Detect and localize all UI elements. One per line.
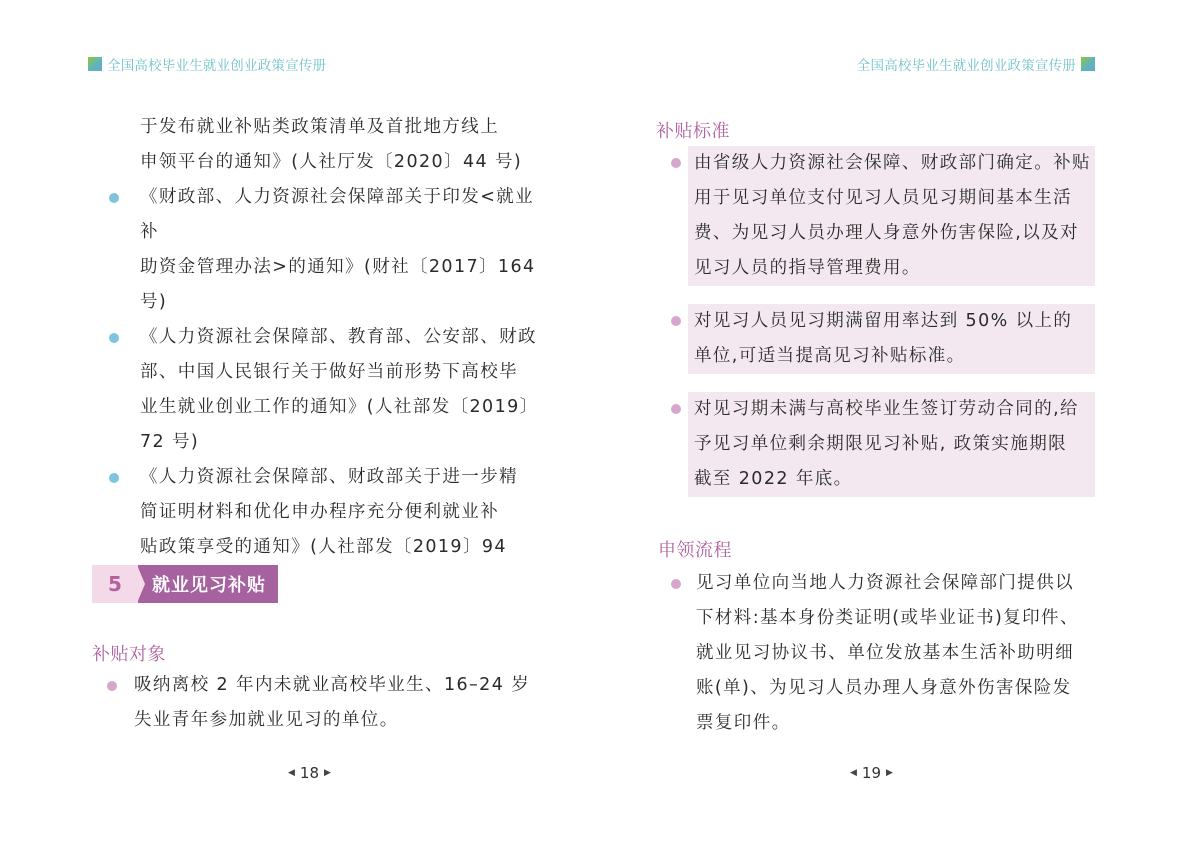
prev-arrow-icon[interactable]: ◀	[850, 768, 857, 778]
standard-item: 对见习人员见习期满留用率达到 50% 以上的 单位,可适当提高见习补贴标准。	[688, 304, 1095, 374]
target-line: 失业青年参加就业见习的单位。	[134, 703, 544, 738]
subheading-standard: 补贴标准	[656, 117, 730, 143]
bullet-dot-icon	[109, 333, 119, 343]
reference-line: 《人力资源社会保障部、财政部关于进一步精	[140, 460, 540, 495]
section-number: 5	[92, 565, 138, 603]
bullet-dot-icon	[109, 473, 119, 483]
page-left: 于发布就业补贴类政策清单及首批地方线上 申领平台的通知》(人社厅发〔2020〕4…	[0, 0, 594, 850]
standard-line: 用于见习单位支付见习人员见习期间基本生活	[694, 181, 1095, 216]
prev-arrow-icon[interactable]: ◀	[288, 768, 295, 778]
standard-item: 对见习期未满与高校毕业生签订劳动合同的,给 予见习单位剩余期限见习补贴, 政策实…	[688, 392, 1095, 497]
process-line: 下材料:基本身份类证明(或毕业证书)复印件、	[696, 601, 1096, 636]
reference-continuation-line: 于发布就业补贴类政策清单及首批地方线上	[140, 110, 540, 145]
target-item: 吸纳离校 2 年内未就业高校毕业生、16–24 岁 失业青年参加就业见习的单位。	[134, 668, 544, 738]
bullet-dot-icon	[671, 579, 681, 589]
section-title: 就业见习补贴	[138, 565, 278, 603]
standard-line: 予见习单位剩余期限见习补贴, 政策实施期限	[694, 427, 1095, 462]
standard-line: 费、为见习人员办理人身意外伤害保险,以及对	[694, 216, 1095, 251]
target-list: 吸纳离校 2 年内未就业高校毕业生、16–24 岁 失业青年参加就业见习的单位。	[134, 668, 544, 738]
reference-continuation-line: 申领平台的通知》(人社厅发〔2020〕44 号)	[140, 145, 540, 180]
reference-list: 于发布就业补贴类政策清单及首批地方线上 申领平台的通知》(人社厅发〔2020〕4…	[140, 110, 540, 600]
process-line: 票复印件。	[696, 706, 1096, 741]
standard-list: 由省级人力资源社会保障、财政部门确定。补贴 用于见习单位支付见习人员见习期间基本…	[688, 146, 1095, 515]
reference-item: 《人力资源社会保障部、教育部、公安部、财政 部、中国人民银行关于做好当前形势下高…	[140, 320, 540, 460]
standard-line: 截至 2022 年底。	[694, 462, 1095, 497]
bullet-dot-icon	[107, 681, 117, 691]
reference-line: 72 号)	[140, 425, 540, 460]
process-item: 见习单位向当地人力资源社会保障部门提供以 下材料:基本身份类证明(或毕业证书)复…	[696, 566, 1096, 741]
reference-line: 业生就业创业工作的通知》(人社部发〔2019〕	[140, 390, 540, 425]
reference-line: 简证明材料和优化申办程序充分便利就业补	[140, 495, 540, 530]
page-number-right: ◀ 19 ▶	[850, 764, 893, 782]
target-line: 吸纳离校 2 年内未就业高校毕业生、16–24 岁	[134, 668, 544, 703]
reference-line: 《财政部、人力资源社会保障部关于印发<就业补	[140, 180, 540, 250]
next-arrow-icon[interactable]: ▶	[886, 768, 893, 778]
page-number-value: 19	[862, 764, 881, 782]
bullet-dot-icon	[671, 404, 681, 414]
reference-line: 助资金管理办法>的通知》(财社〔2017〕164号)	[140, 250, 540, 320]
page-number-value: 18	[300, 764, 319, 782]
standard-line: 对见习期未满与高校毕业生签订劳动合同的,给	[694, 392, 1095, 427]
section-badge: 5 就业见习补贴	[92, 565, 278, 603]
standard-line: 对见习人员见习期满留用率达到 50% 以上的	[694, 304, 1095, 339]
bullet-dot-icon	[109, 193, 119, 203]
process-line: 账(单)、为见习人员办理人身意外伤害保险发	[696, 671, 1096, 706]
subheading-process: 申领流程	[658, 536, 732, 562]
process-line: 就业见习协议书、单位发放基本生活补助明细	[696, 636, 1096, 671]
subheading-target: 补贴对象	[92, 640, 166, 666]
reference-line: 《人力资源社会保障部、教育部、公安部、财政	[140, 320, 540, 355]
page-number-left: ◀ 18 ▶	[288, 764, 331, 782]
reference-item: 《财政部、人力资源社会保障部关于印发<就业补 助资金管理办法>的通知》(财社〔2…	[140, 180, 540, 320]
bullet-dot-icon	[671, 158, 681, 168]
standard-line: 见习人员的指导管理费用。	[694, 251, 1095, 286]
page-right: 补贴标准 由省级人力资源社会保障、财政部门确定。补贴 用于见习单位支付见习人员见…	[594, 0, 1188, 850]
standard-item: 由省级人力资源社会保障、财政部门确定。补贴 用于见习单位支付见习人员见习期间基本…	[688, 146, 1095, 286]
next-arrow-icon[interactable]: ▶	[324, 768, 331, 778]
process-list: 见习单位向当地人力资源社会保障部门提供以 下材料:基本身份类证明(或毕业证书)复…	[696, 566, 1096, 741]
bullet-dot-icon	[671, 316, 681, 326]
process-line: 见习单位向当地人力资源社会保障部门提供以	[696, 566, 1096, 601]
reference-line: 部、中国人民银行关于做好当前形势下高校毕	[140, 355, 540, 390]
standard-line: 由省级人力资源社会保障、财政部门确定。补贴	[694, 146, 1095, 181]
standard-line: 单位,可适当提高见习补贴标准。	[694, 339, 1095, 374]
